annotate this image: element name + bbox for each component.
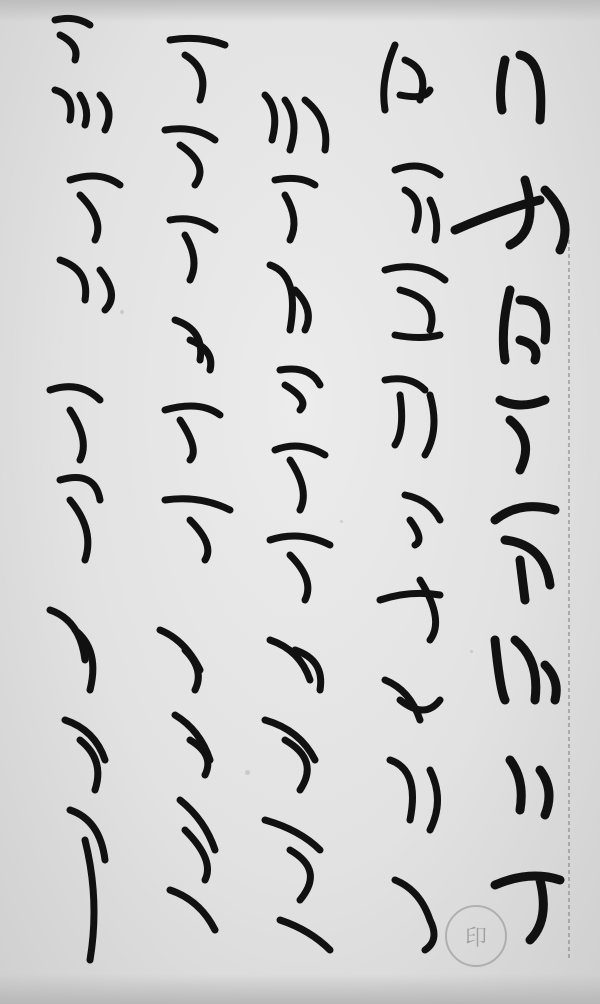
- calligraphy-page: 印: [0, 0, 600, 1004]
- column-5: [50, 18, 120, 960]
- column-4: [160, 38, 230, 930]
- seal-glyph: 印: [465, 921, 487, 952]
- column-3: [265, 95, 330, 950]
- brush-strokes: [0, 0, 600, 1004]
- paper-speckle: [470, 650, 473, 653]
- paper-speckle: [120, 310, 124, 314]
- paper-speckle: [340, 520, 343, 523]
- column-1: [455, 55, 565, 940]
- paper-speckle: [245, 770, 250, 775]
- red-seal-stamp: 印: [445, 905, 507, 967]
- column-2: [380, 45, 445, 950]
